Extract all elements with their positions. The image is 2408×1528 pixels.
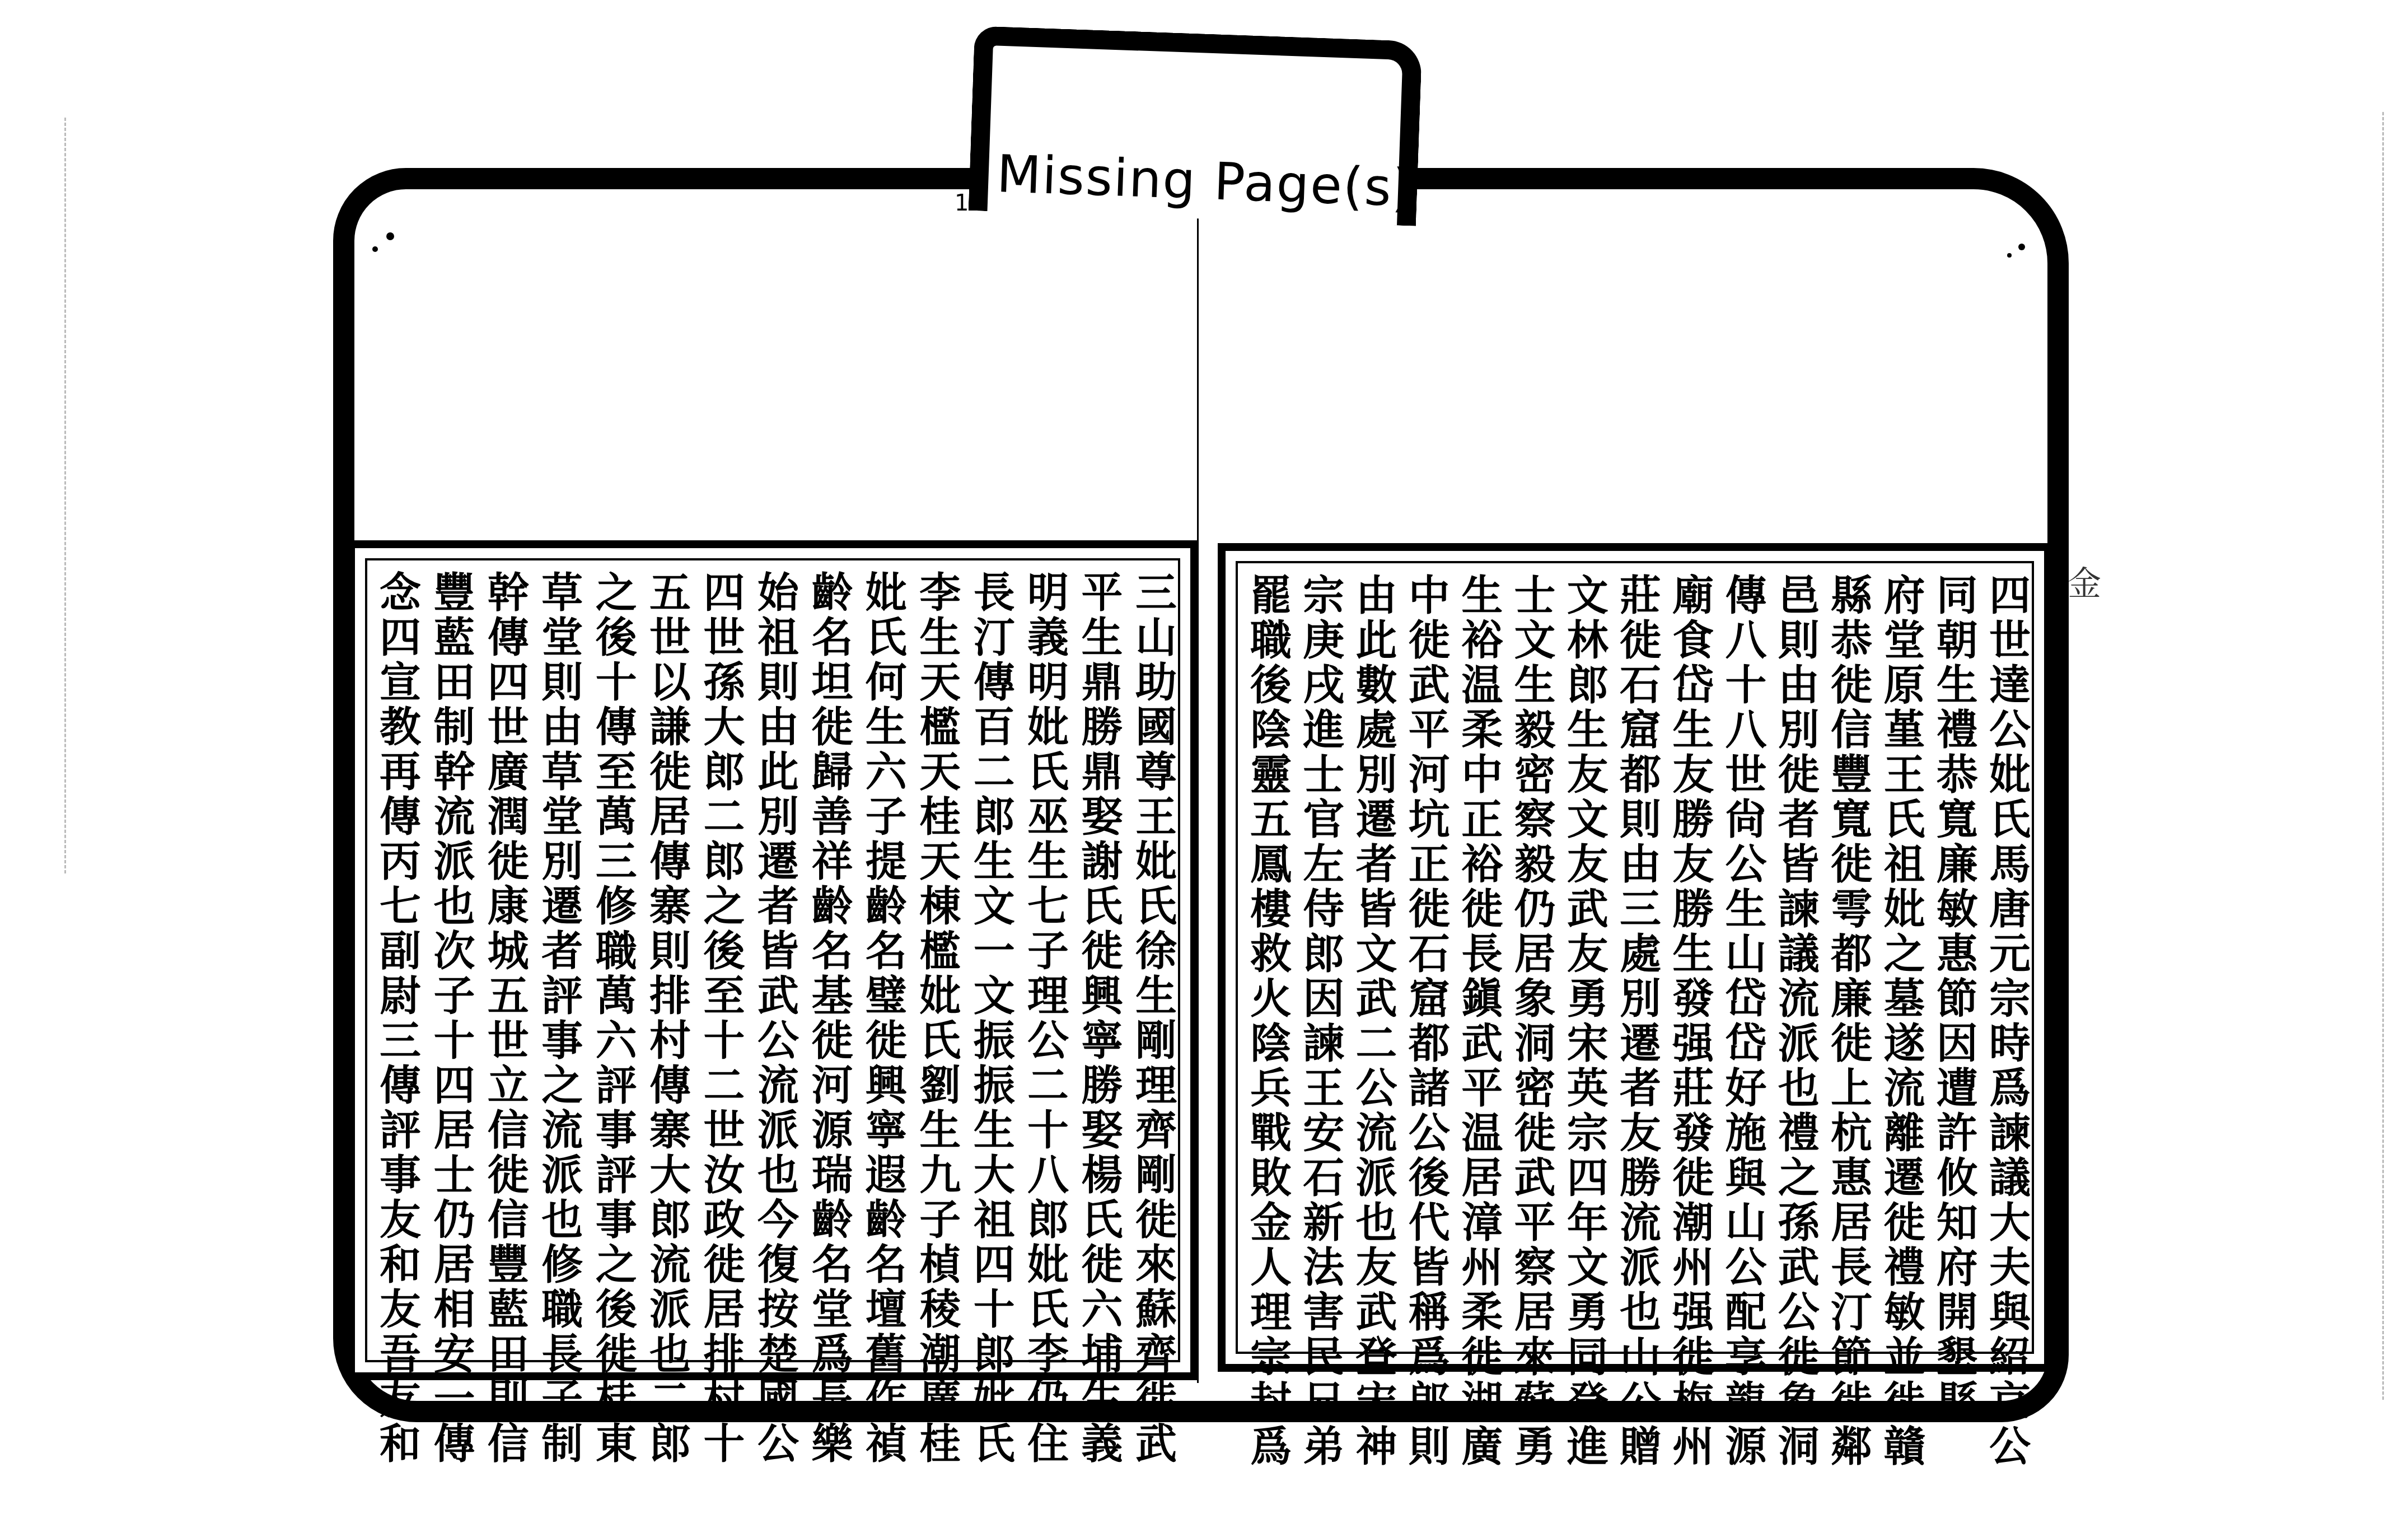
text-column: 之後十傳至萬三修職萬六評事評事之後徙桂東	[588, 571, 634, 1356]
text-column: 府堂原堇王氏祖妣之墓遂流離遷徙禮敏並徙贛	[1876, 573, 1921, 1347]
page-margin-title: 金	[2058, 566, 2106, 599]
text-column: 豐藍田制幹流派也次子十四居士仍居相安一傳	[426, 571, 471, 1356]
text-column: 宗庚戌進士官左侍郎因諫王安石新法害民兄弟	[1295, 573, 1341, 1347]
right-page-text-panel: 四世達公妣氏馬唐元宗時爲諫議大夫與紹京公 同朝生禮恭寬廉敏惠節因遭許攸知府開墾縣…	[1218, 543, 2052, 1372]
right-page-columns: 四世達公妣氏馬唐元宗時爲諫議大夫與紹京公 同朝生禮恭寬廉敏惠節因遭許攸知府開墾縣…	[1242, 573, 2027, 1347]
left-page-columns: 三山助國尊王妣氏徐生剛理齊剛徙來蘇齊徙武 平生鼎勝鼎娶謝氏徙興寧勝娶楊氏徙六埔生…	[372, 571, 1173, 1356]
text-column: 李生天檻天桂天棟檻妣氏劉生九子楨稜潮廣桂	[911, 571, 957, 1356]
text-column: 長汀傳百二郎生文一文振振生大祖四十郎妣氏	[966, 571, 1012, 1356]
text-column: 莊徙石窟都則由三處別遷者友勝流派也山公贈	[1612, 573, 1658, 1347]
text-column: 平生鼎勝鼎娶謝氏徙興寧勝娶楊氏徙六埔生義	[1073, 571, 1119, 1356]
text-column: 由此數處別遷者皆文武二公流派也友武登宋神	[1348, 573, 1394, 1347]
scan-edge-left	[64, 118, 68, 873]
left-page-text-panel: 三山助國尊王妣氏徐生剛理齊剛徙來蘇齊徙武 平生鼎勝鼎娶謝氏徙興寧勝娶楊氏徙六埔生…	[347, 540, 1198, 1380]
ink-speck	[372, 246, 378, 252]
text-column: 傳八十八世尙公生山岱岱好施與山公配享龍源	[1718, 573, 1764, 1347]
text-column: 邑則由別徙者皆諫議流派也禮之孫武公徙象洞	[1770, 573, 1816, 1347]
text-column: 五世以謙徙居傳寨則排村傳寨大郎流派也二郎	[642, 571, 688, 1356]
text-column: 文林郎生友文友武友勇宋英宗四年文勇同登進	[1559, 573, 1605, 1347]
page-number-mark: 14	[955, 190, 983, 216]
text-column: 四世達公妣氏馬唐元宗時爲諫議大夫與紹京公	[1981, 573, 2027, 1347]
text-column: 中徙武平河坑正徙石窟都諸公後代皆稱爲郎則	[1401, 573, 1447, 1347]
text-column: 幹傳四世廣潤徙康城五世立信徙信豐藍田則信	[480, 571, 526, 1356]
text-column: 明義明妣氏巫生七子理公二十八郎妣氏李仍住	[1020, 571, 1065, 1356]
text-column: 罷職後陰靈五鳳樓救火陰兵戰敗金人理宗封爲	[1242, 573, 1288, 1347]
text-column: 士文生毅密察毅仍居象洞密徙武平察居來蘇勇	[1506, 573, 1552, 1347]
text-column: 縣恭徙信豐寬徙雩都廉徙上杭惠居長汀節徙鄰	[1823, 573, 1869, 1347]
text-column: 生裕温柔中正裕徙長鎭武平温居漳州柔徙湖廣	[1453, 573, 1499, 1347]
text-column: 三山助國尊王妣氏徐生剛理齊剛徙來蘇齊徙武	[1128, 571, 1173, 1356]
ink-speck	[2007, 253, 2012, 258]
text-column: 同朝生禮恭寬廉敏惠節因遭許攸知府開墾縣	[1929, 573, 1975, 1347]
text-column: 念四宣教再傳丙七副尉三傳評事友和友吾友和	[372, 571, 418, 1356]
text-column: 四世孫大郎二郎之後至十二世汝政徙居排村十	[696, 571, 742, 1356]
scan-edge-right	[2382, 112, 2386, 1400]
text-column: 妣氏何生六子提齡名璧徙興寧遐齡名壇舊作禎	[858, 571, 904, 1356]
text-column: 草堂則由草堂別遷者評事之流派也修職長子制	[534, 571, 579, 1356]
ink-speck	[2018, 244, 2025, 250]
text-column: 始祖則由此別遷者皆武公流派也今復按楚國公	[750, 571, 796, 1356]
text-column: 齡名坦徙歸善祥齡名基徙河源瑞齡名堂爲長樂	[803, 571, 849, 1356]
ink-speck	[386, 232, 394, 240]
text-column: 廟食岱生友勝友勝生發强莊發徙潮州强徙梅州	[1664, 573, 1710, 1347]
